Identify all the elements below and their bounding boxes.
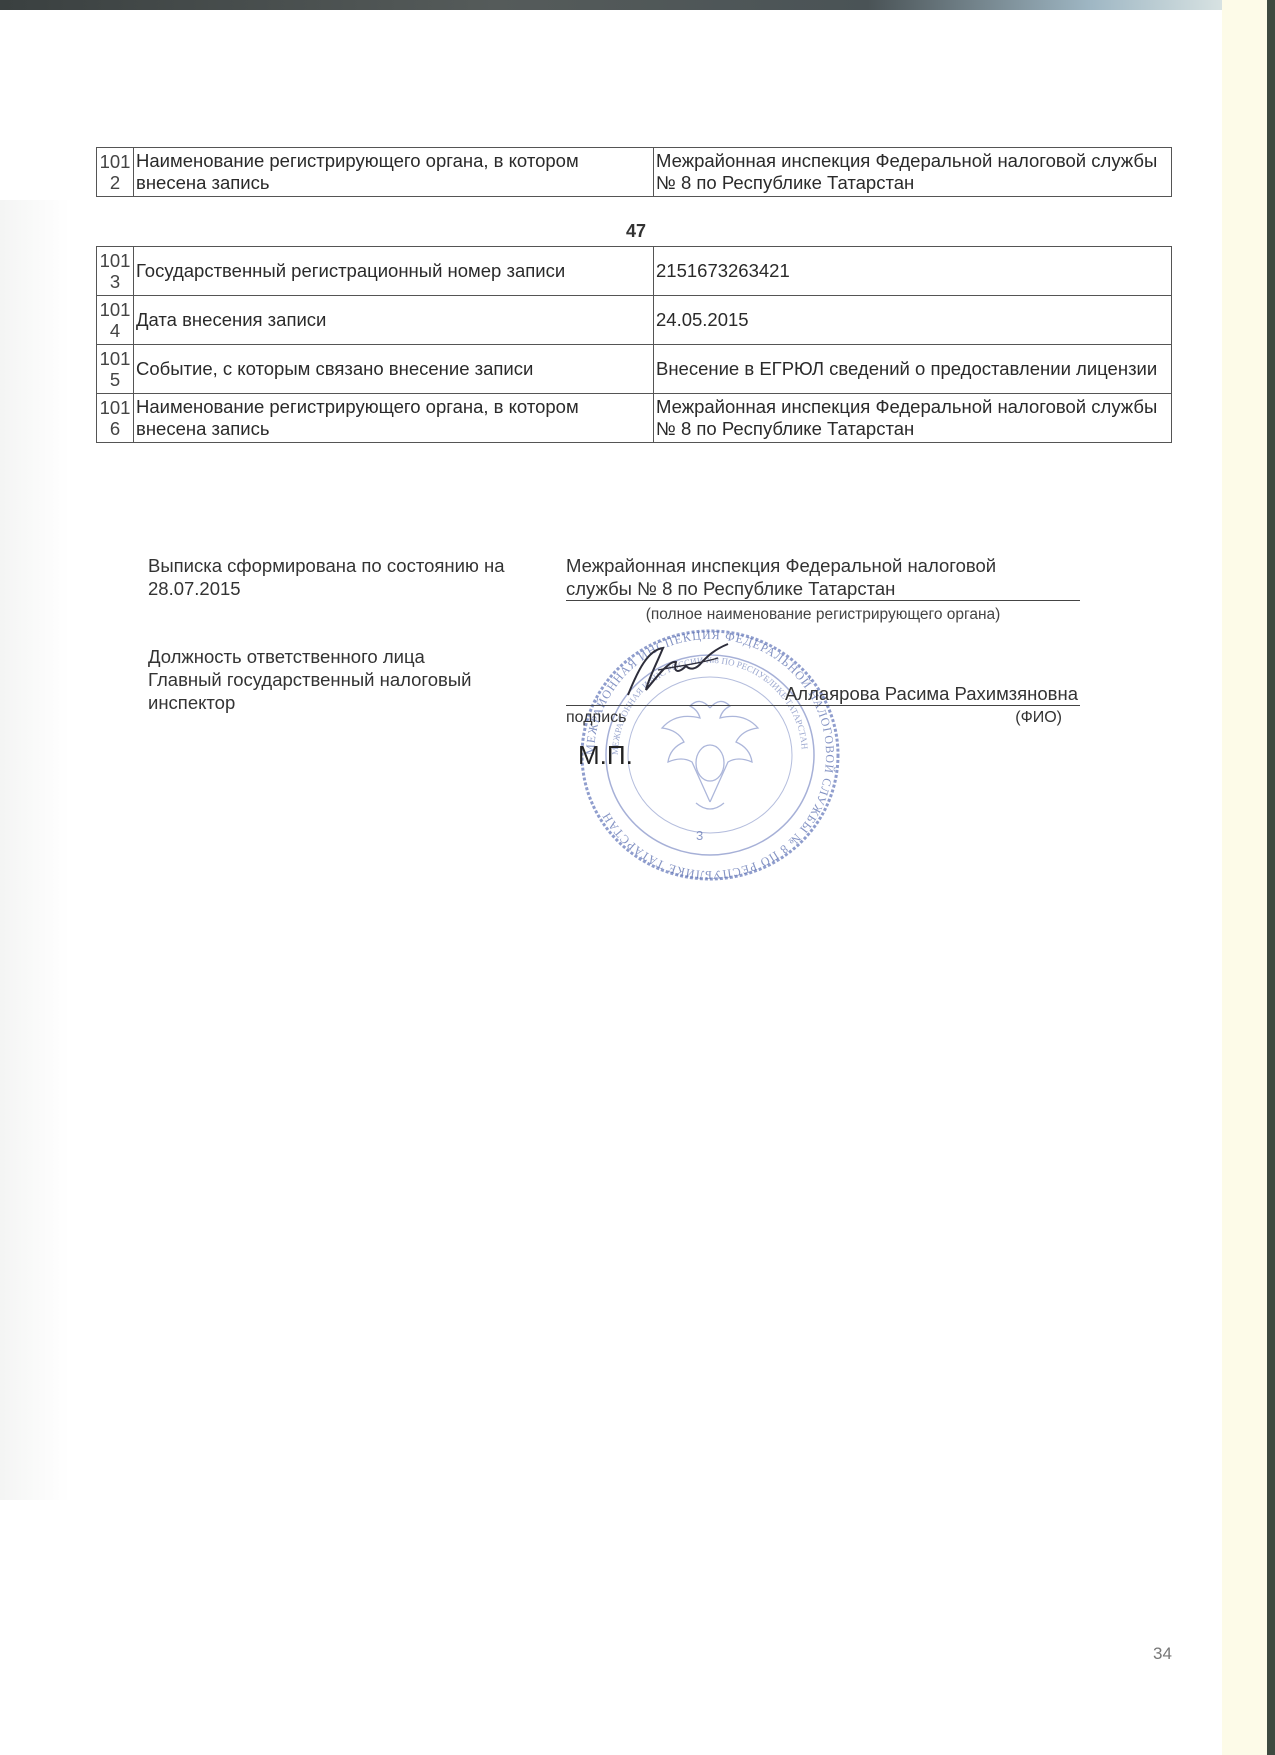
extract-state-label: Выписка сформирована по состоянию на [148, 554, 505, 577]
table-row: 101 2 Наименование регистрирующего орган… [97, 148, 1172, 197]
table-row: 101 5 Событие, с которым связано внесени… [97, 345, 1172, 394]
row-number: 101 2 [97, 148, 134, 197]
row-label: Наименование регистрирующего органа, в к… [134, 148, 654, 197]
row-value: Межрайонная инспекция Федеральной налого… [654, 148, 1172, 197]
authority-block: Межрайонная инспекция Федеральной налого… [566, 554, 1080, 626]
row-number-line2: 6 [97, 418, 133, 439]
bleed-through-shadow [0, 200, 70, 1500]
signer-block: Аллаярова Расима Рахимзяновна подпись (Ф… [566, 682, 1080, 729]
row-label: Государственный регистрационный номер за… [134, 247, 654, 296]
page-number: 34 [1153, 1644, 1172, 1664]
row-number-line1: 101 [97, 397, 133, 418]
position-label: Должность ответственного лица [148, 645, 472, 668]
extract-date-block: Выписка сформирована по состоянию на 28.… [148, 554, 505, 600]
row-number-line2: 3 [97, 271, 133, 292]
seal-place-mark: М.П. [578, 740, 633, 771]
position-block: Должность ответственного лица Главный го… [148, 645, 472, 714]
scan-top-edge [0, 0, 1240, 10]
row-number: 101 6 [97, 394, 134, 443]
row-number-line2: 2 [97, 172, 133, 193]
row-number-line1: 101 [97, 250, 133, 271]
svg-text:3: 3 [696, 828, 703, 843]
row-value: 2151673263421 [654, 247, 1172, 296]
row-label: Дата внесения записи [134, 296, 654, 345]
row-value: Межрайонная инспекция Федеральной налого… [654, 394, 1172, 443]
extract-date: 28.07.2015 [148, 577, 505, 600]
records-table: 101 3 Государственный регистрационный но… [96, 246, 1172, 443]
row-number: 101 5 [97, 345, 134, 394]
position-line1: Главный государственный налоговый [148, 668, 472, 691]
authority-line1: Межрайонная инспекция Федеральной налого… [566, 554, 1080, 577]
row-number-line2: 5 [97, 369, 133, 390]
signature-caption: подпись [566, 706, 626, 729]
table-row: 101 3 Государственный регистрационный но… [97, 247, 1172, 296]
signature-captions: подпись (ФИО) [566, 706, 1080, 729]
table-row: 101 6 Наименование регистрирующего орган… [97, 394, 1172, 443]
name-caption: (ФИО) [1015, 706, 1062, 729]
signer-name: Аллаярова Расима Рахимзяновна [566, 682, 1080, 706]
row-value: Внесение в ЕГРЮЛ сведений о предоставлен… [654, 345, 1172, 394]
row-number: 101 3 [97, 247, 134, 296]
row-label: Наименование регистрирующего органа, в к… [134, 394, 654, 443]
paper-edge-strip [1222, 0, 1267, 1755]
authority-line2: службы № 8 по Республике Татарстан [566, 577, 1080, 601]
scanner-edge [1267, 0, 1275, 1755]
row-label: Событие, с которым связано внесение запи… [134, 345, 654, 394]
records-table-top: 101 2 Наименование регистрирующего орган… [96, 147, 1172, 197]
row-number-line1: 101 [97, 299, 133, 320]
position-line2: инспектор [148, 691, 472, 714]
row-number-line1: 101 [97, 348, 133, 369]
section-page-marker: 47 [626, 221, 646, 242]
authority-caption: (полное наименование регистрирующего орг… [566, 603, 1080, 626]
row-number-line2: 4 [97, 320, 133, 341]
table-row: 101 4 Дата внесения записи 24.05.2015 [97, 296, 1172, 345]
row-value: 24.05.2015 [654, 296, 1172, 345]
row-number: 101 4 [97, 296, 134, 345]
row-number-line1: 101 [97, 151, 133, 172]
